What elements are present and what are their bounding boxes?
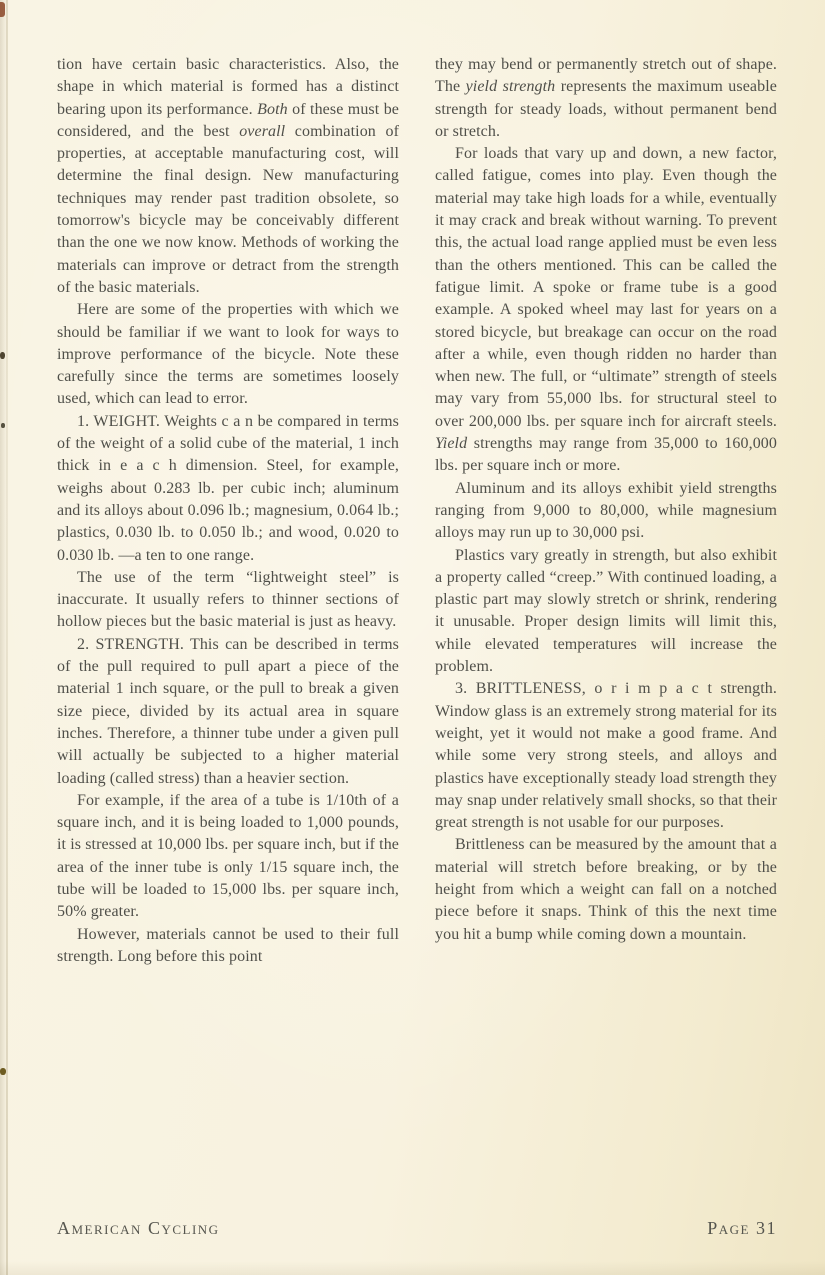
paragraph: 1. WEIGHT. Weights c a n be compared in … — [57, 411, 399, 567]
paragraph: Brittleness can be measured by the amoun… — [435, 834, 777, 945]
text-column-left: tion have certain basic characteristics.… — [57, 54, 399, 968]
scan-speck — [0, 1068, 6, 1075]
scan-corner-mark — [0, 2, 5, 17]
bottom-edge-shade — [0, 1261, 825, 1275]
paragraph: However, materials cannot be used to the… — [57, 924, 399, 969]
scanned-magazine-page: tion have certain basic characteristics.… — [0, 0, 825, 1275]
paragraph: For example, if the area of a tube is 1/… — [57, 790, 399, 924]
page-number: Page 31 — [707, 1218, 777, 1239]
paragraph: tion have certain basic characteristics.… — [57, 54, 399, 299]
text-column-right: they may bend or permanently stretch out… — [435, 54, 777, 968]
paragraph: 2. STRENGTH. This can be described in te… — [57, 634, 399, 790]
paragraph: Here are some of the properties with whi… — [57, 299, 399, 410]
paragraph: they may bend or permanently stretch out… — [435, 54, 777, 143]
paragraph: Plastics vary greatly in strength, but a… — [435, 545, 777, 679]
scan-speck — [1, 423, 5, 428]
paragraph: The use of the term “lightweight steel” … — [57, 567, 399, 634]
paragraph: 3. BRITTLENESS, o r i m p a c t strength… — [435, 678, 777, 834]
paragraph: For loads that vary up and down, a new f… — [435, 143, 777, 477]
journal-title: American Cycling — [57, 1218, 220, 1239]
scan-speck — [0, 352, 5, 359]
page-footer: American Cycling Page 31 — [57, 1218, 777, 1239]
paragraph: Aluminum and its alloys exhibit yield st… — [435, 478, 777, 545]
two-column-body: tion have certain basic characteristics.… — [57, 54, 777, 968]
page-edge-line — [6, 0, 8, 1275]
